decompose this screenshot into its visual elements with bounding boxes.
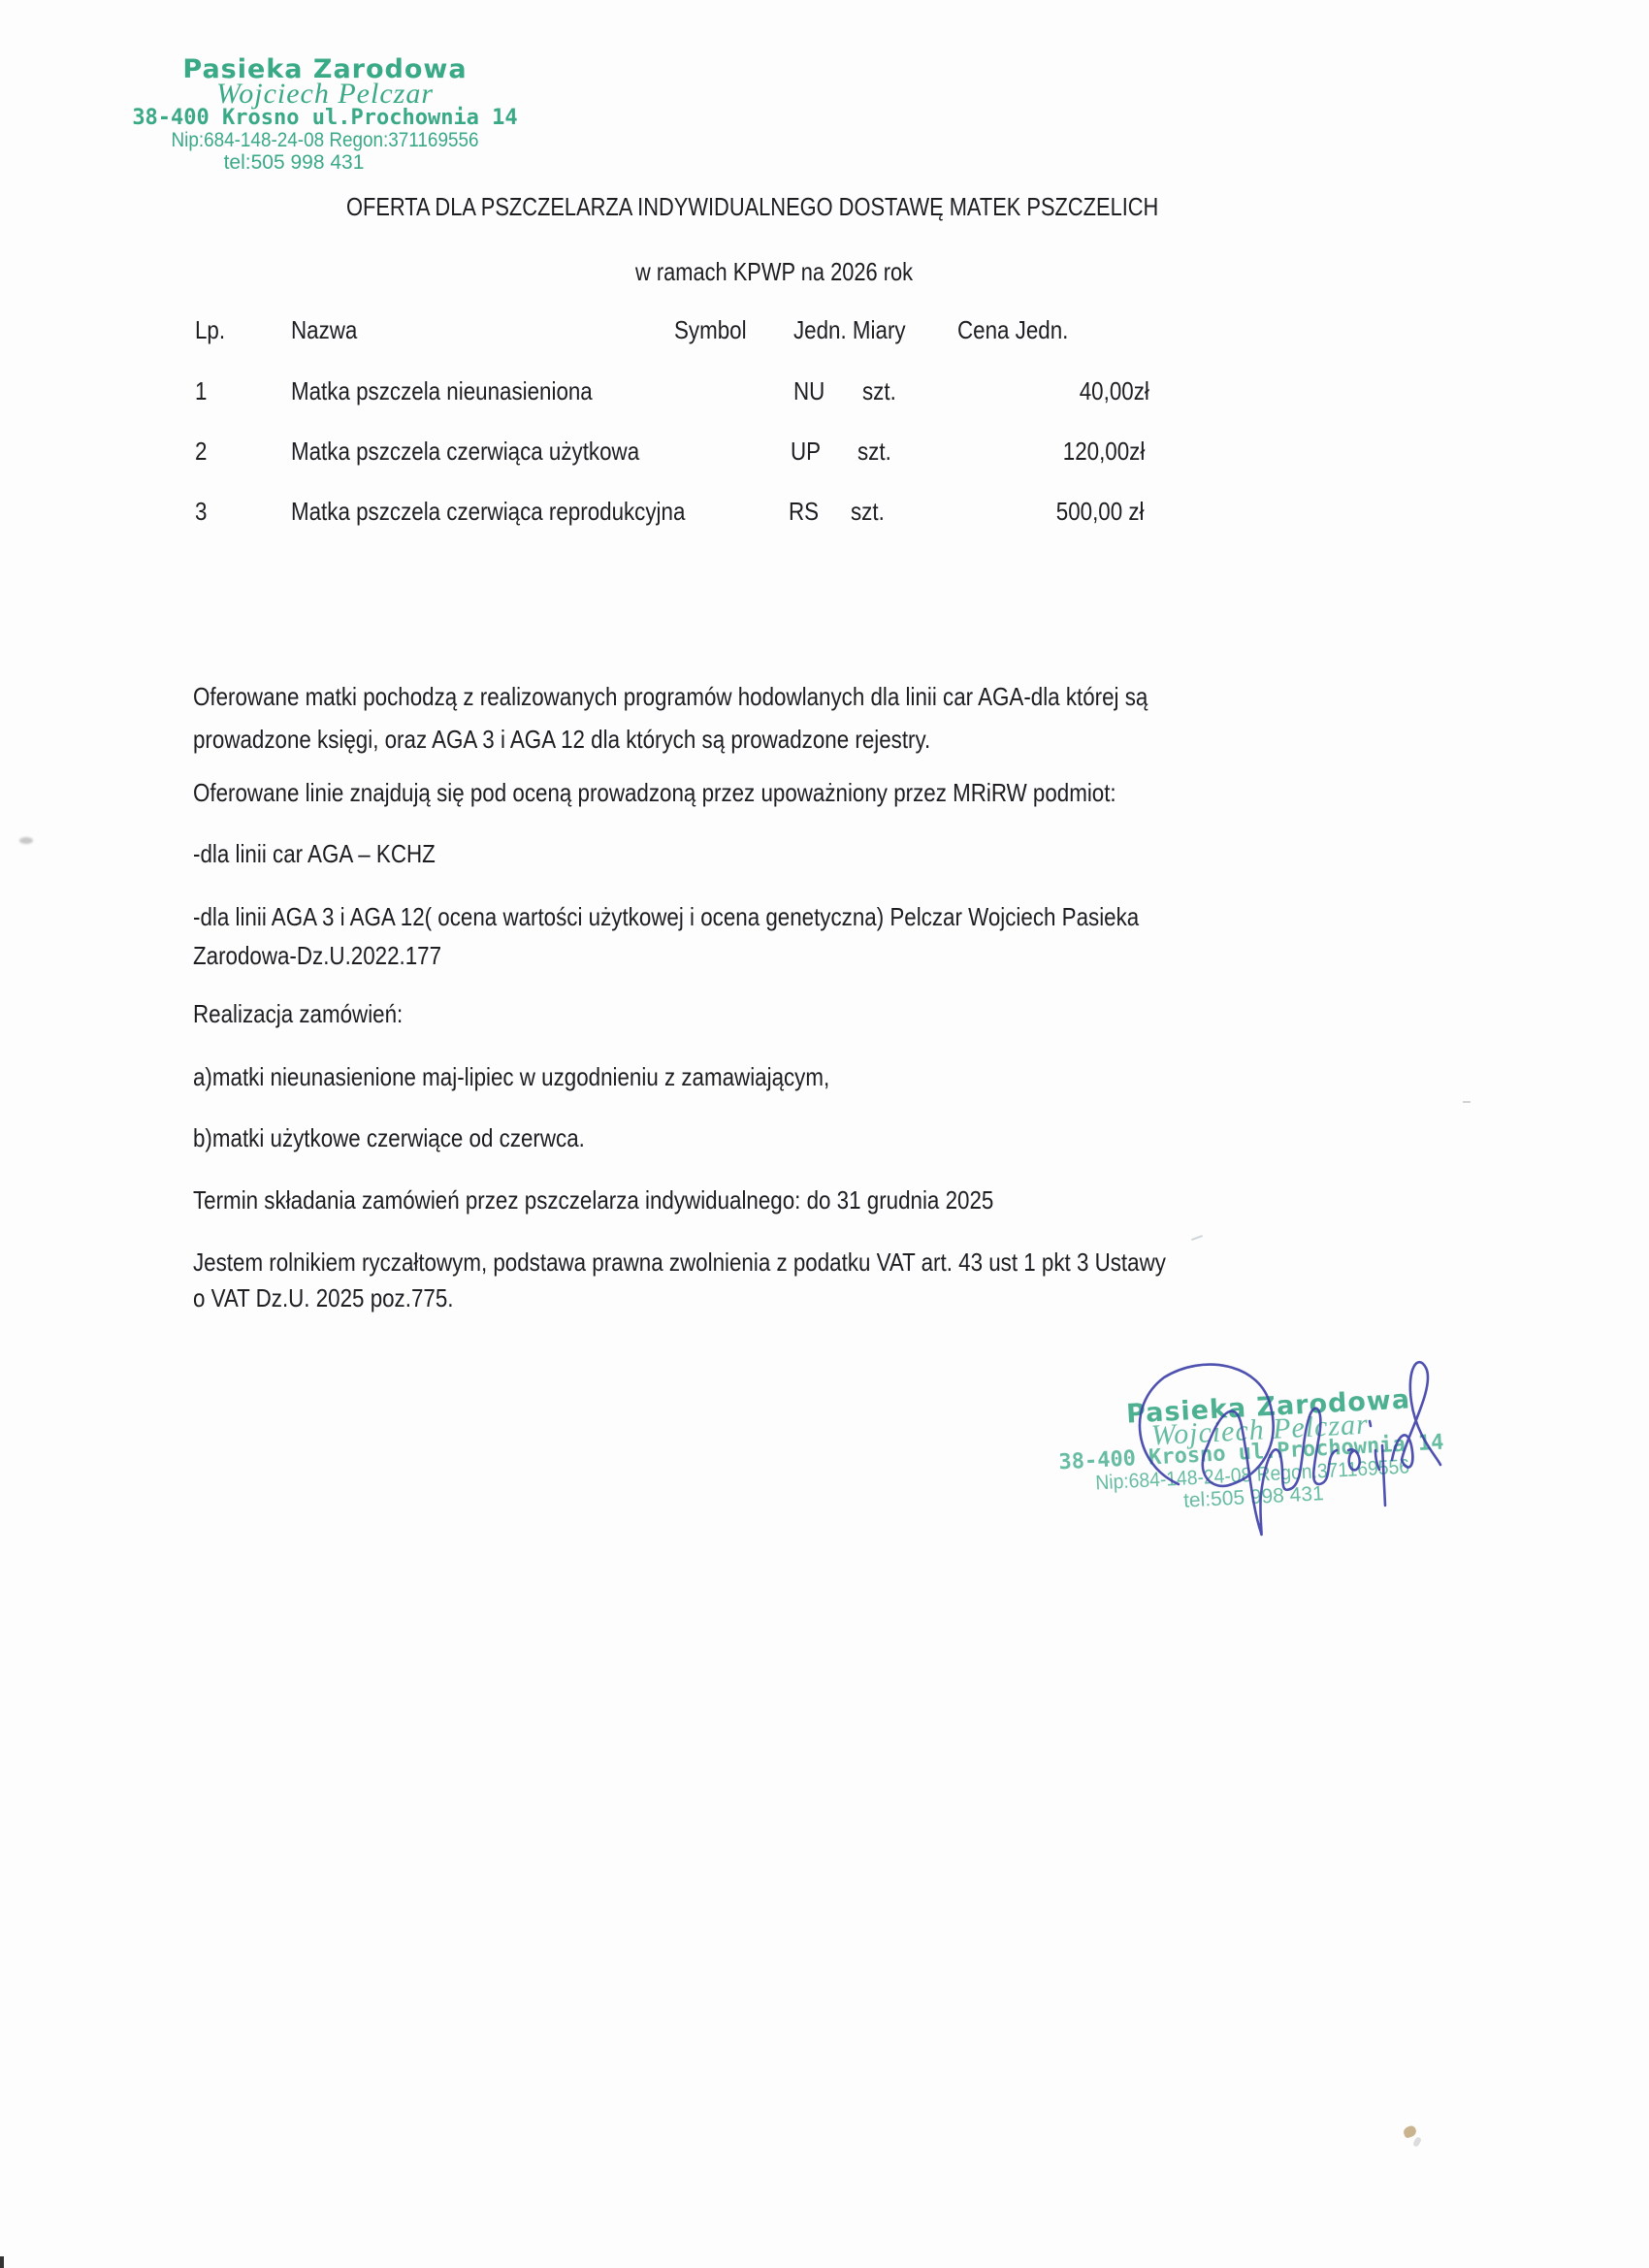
column-header-symbol: Symbol bbox=[674, 315, 747, 344]
paragraph-realization-a: a)matki nieunasienione maj-lipiec w uzgo… bbox=[193, 1062, 829, 1091]
paragraph-realization-heading: Realizacja zamówień: bbox=[193, 999, 403, 1028]
paragraph-realization-b: b)matki użytkowe czerwiące od czerwca. bbox=[193, 1123, 585, 1152]
stamp-tax-ids: Nip:684-148-24-08 Regon:371169556 bbox=[120, 129, 531, 151]
row-price: 40,00zł bbox=[1080, 376, 1149, 405]
row-unit: szt. bbox=[862, 376, 896, 405]
row-symbol: NU bbox=[793, 376, 824, 405]
paragraph-vat-line-1: Jestem rolnikiem ryczałtowym, podstawa p… bbox=[193, 1247, 1166, 1277]
row-symbol: RS bbox=[789, 497, 819, 526]
paragraph-car-aga: -dla linii car AGA – KCHZ bbox=[193, 839, 436, 868]
scan-smudge bbox=[1403, 2124, 1418, 2139]
stamp-owner-name: Wojciech Pelczar bbox=[97, 82, 553, 105]
stamp-phone: tel:505 998 431 bbox=[66, 151, 522, 174]
scan-scratch bbox=[1191, 1235, 1203, 1241]
row-price: 500,00 zł bbox=[1056, 497, 1145, 526]
stamp-address: 38-400 Krosno ul.Prochownia 14 bbox=[97, 107, 553, 129]
column-header-name: Nazwa bbox=[291, 315, 357, 344]
row-lp: 1 bbox=[195, 376, 207, 405]
paragraph-origin-line-2: prowadzone księgi, oraz AGA 3 i AGA 12 d… bbox=[193, 725, 930, 754]
column-header-unit: Jedn. Miary bbox=[793, 315, 906, 344]
paragraph-aga-line-1: -dla linii AGA 3 i AGA 12( ocena wartośc… bbox=[193, 902, 1139, 931]
handwritten-signature bbox=[1115, 1348, 1503, 1552]
document-subtitle: w ramach KPWP na 2026 rok bbox=[635, 257, 913, 286]
paragraph-vat-line-2: o VAT Dz.U. 2025 poz.775. bbox=[193, 1283, 453, 1312]
scan-scratch bbox=[1463, 1101, 1471, 1103]
paragraph-origin-line-1: Oferowane matki pochodzą z realizowanych… bbox=[193, 682, 1148, 711]
paragraph-evaluation: Oferowane linie znajdują się pod oceną p… bbox=[193, 778, 1116, 807]
row-name: Matka pszczela czerwiąca użytkowa bbox=[291, 437, 639, 466]
row-price: 120,00zł bbox=[1062, 437, 1145, 466]
column-header-lp: Lp. bbox=[195, 315, 225, 344]
row-lp: 3 bbox=[195, 497, 207, 526]
company-stamp-top: Pasieka Zarodowa Wojciech Pelczar 38-400… bbox=[97, 58, 553, 174]
row-symbol: UP bbox=[791, 437, 821, 466]
scan-dot bbox=[19, 837, 33, 844]
paragraph-aga-line-2: Zarodowa-Dz.U.2022.177 bbox=[193, 941, 441, 970]
row-unit: szt. bbox=[851, 497, 885, 526]
scan-smudge bbox=[1412, 2136, 1422, 2148]
document-title: OFERTA DLA PSZCZELARZA INDYWIDUALNEGO DO… bbox=[346, 192, 1158, 221]
row-lp: 2 bbox=[195, 437, 207, 466]
paragraph-deadline: Termin składania zamówień przez pszczela… bbox=[193, 1185, 993, 1215]
column-header-price: Cena Jedn. bbox=[957, 315, 1068, 344]
row-name: Matka pszczela czerwiąca reprodukcyjna bbox=[291, 497, 685, 526]
row-unit: szt. bbox=[857, 437, 891, 466]
scan-edge-mark bbox=[0, 2256, 4, 2268]
row-name: Matka pszczela nieunasieniona bbox=[291, 376, 593, 405]
